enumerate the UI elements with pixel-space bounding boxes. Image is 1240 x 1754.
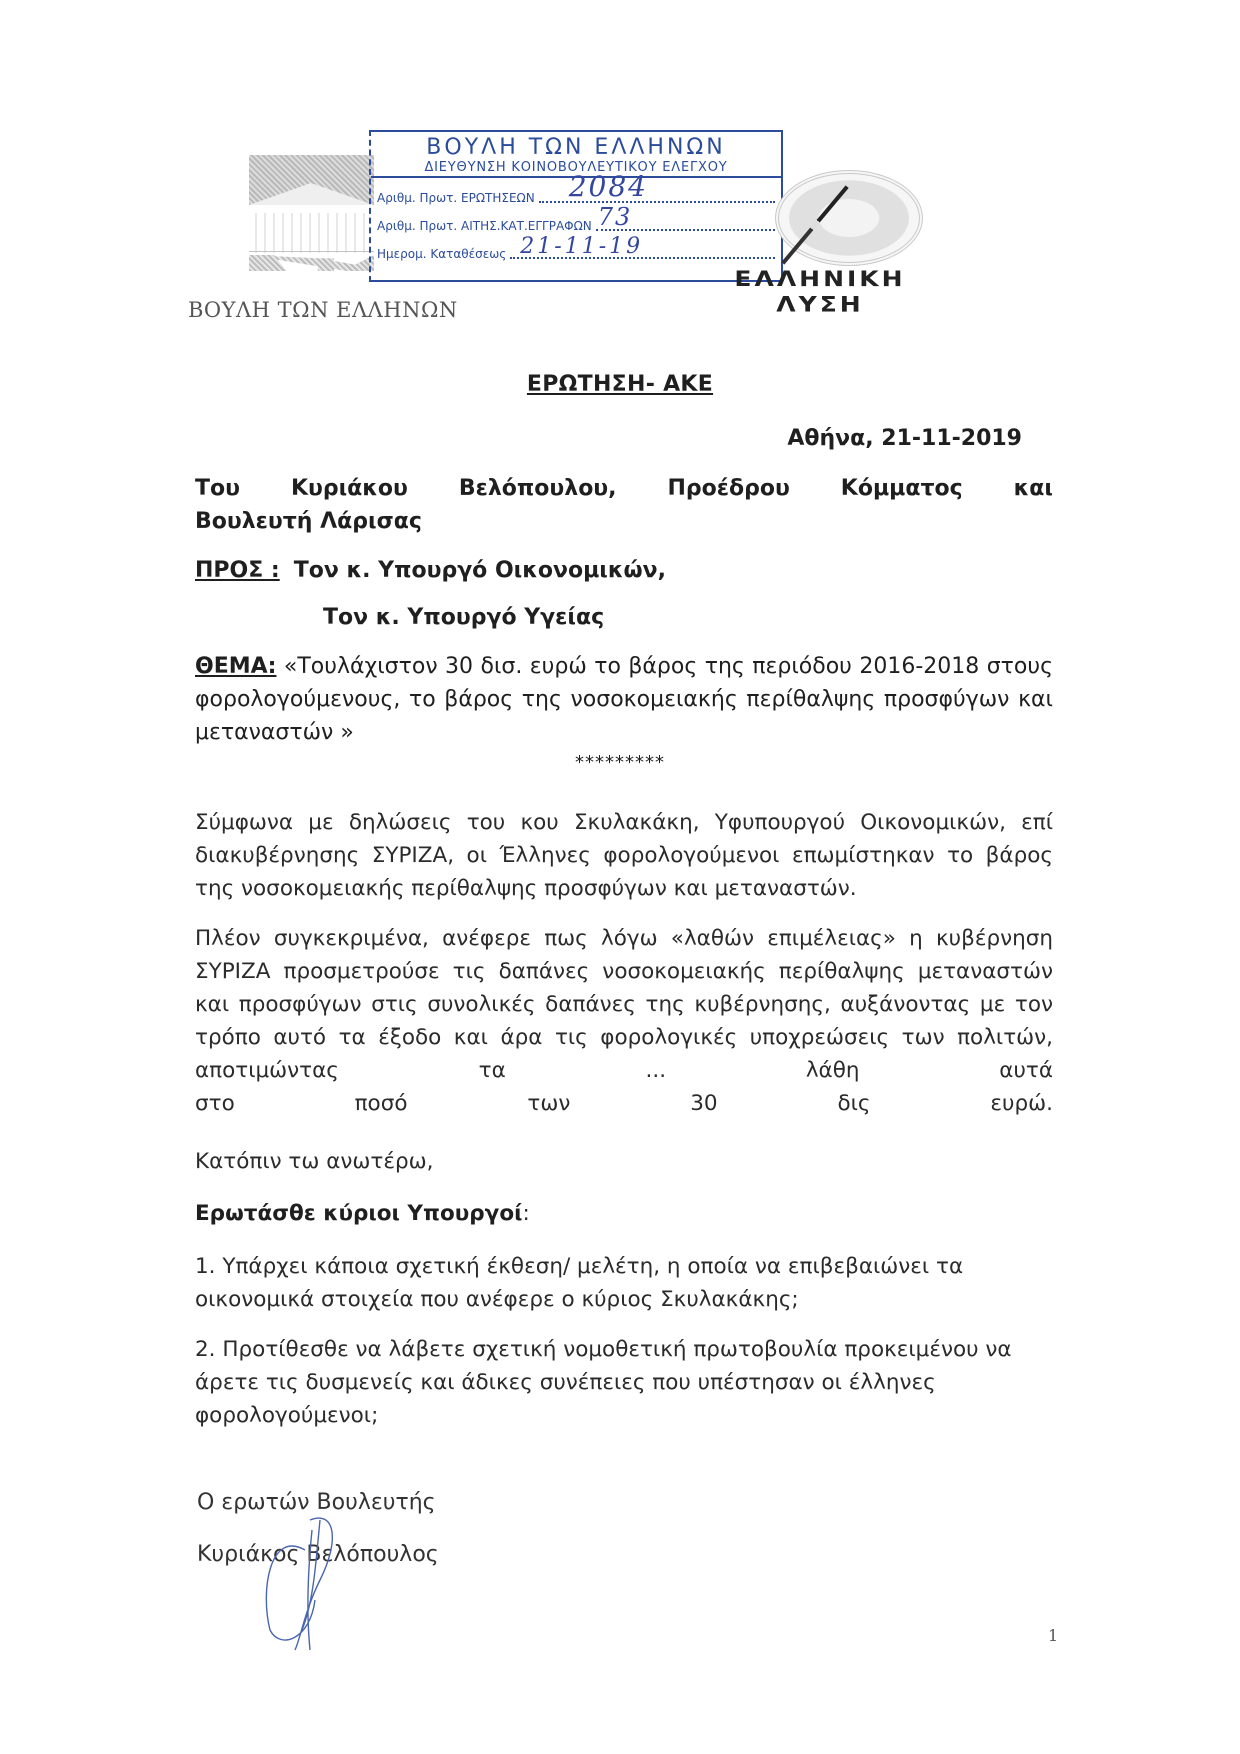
word: δις (837, 1087, 870, 1120)
subject: ΘΕΜΑ: «Τουλάχιστον 30 δισ. ευρώ το βάρος… (195, 650, 1053, 749)
party-name-line-1: ΕΛΛΗΝΙΚΗ (720, 267, 920, 293)
word: ευρώ. (990, 1087, 1053, 1120)
document-title: ΕΡΩΤΗΣΗ- ΑΚΕ (0, 372, 1240, 397)
sender-line-2: Βουλευτή Λάρισας (195, 505, 1053, 538)
word: των (527, 1087, 570, 1120)
word: Βελόπουλου, (459, 472, 617, 505)
subject-label: ΘΕΜΑ: (195, 654, 276, 679)
document-date: Αθήνα, 21-11-2019 (787, 426, 1022, 451)
question-heading-text: Ερωτάσθε κύριοι Υπουργοί (195, 1201, 522, 1226)
stamp-row-label: Αριθμ. Πρωτ. ΕΡΩΤΗΣΕΩΝ (377, 191, 535, 208)
logo-pediment (249, 183, 374, 205)
question-2: 2. Προτίθεσθε να λάβετε σχετική νομοθετι… (195, 1333, 1053, 1432)
word: ποσό (355, 1087, 408, 1120)
handwritten-value: 2084 (569, 170, 648, 203)
separator: ********* (0, 752, 1240, 773)
logo-base-line (249, 251, 374, 252)
paragraph-2: Πλέον συγκεκριμένα, ανέφερε πως λόγω «λα… (195, 922, 1053, 1120)
sender: ΤουΚυριάκουΒελόπουλου,ΠροέδρουΚόμματοςκα… (195, 472, 1053, 538)
word: Κυριάκου (291, 472, 408, 505)
logo-ground-pattern (249, 255, 374, 271)
paragraph-2-last-line: στοποσότων30διςευρώ. (195, 1087, 1053, 1120)
parliament-building-logo (249, 155, 374, 275)
question-heading: Ερωτάσθε κύριοι Υπουργοί: (195, 1197, 1053, 1230)
word: Του (195, 472, 240, 505)
stamp-row-question-number: Αριθμ. Πρωτ. ΕΡΩΤΗΣΕΩΝ 2084 (377, 180, 775, 208)
recipient-finance-minister: Τον κ. Υπουργό Οικονομικών, (294, 558, 666, 583)
word: και (1014, 472, 1053, 505)
recipient-line-1: ΠΡΟΣ :Τον κ. Υπουργό Οικονομικών, (195, 558, 666, 583)
subject-text: «Τουλάχιστον 30 δισ. ευρώ το βάρος της π… (195, 654, 1053, 745)
paragraph-1: Σύμφωνα με δηλώσεις του κου Σκυλακάκη, Υ… (195, 806, 1053, 905)
page-number: 1 (1048, 1626, 1058, 1645)
party-name-line-2: ΛΥΣΗ (720, 292, 920, 318)
word: Προέδρου (667, 472, 789, 505)
word: Κόμματος (841, 472, 963, 505)
question-heading-colon: : (522, 1201, 529, 1226)
registration-stamp: ΒΟΥΛΗ ΤΩΝ ΕΛΛΗΝΩΝ ΔΙΕΥΘΥΝΣΗ ΚΟΙΝΟΒΟΥΛΕΥΤ… (369, 130, 783, 282)
stamp-row-request-number: Αριθμ. Πρωτ. ΑΙΤΗΣ.ΚΑΤ.ΕΓΓΡΑΦΩΝ 73 (377, 208, 775, 236)
logo-columns (255, 213, 368, 253)
handwritten-value: 73 (598, 203, 633, 231)
closing-line: Κατόπιν τω ανωτέρω, (195, 1145, 1053, 1178)
compass-circle-icon (775, 170, 923, 266)
stamp-row-filing-date: Ημερομ. Καταθέσεως 21-11-19 (377, 236, 775, 264)
word: στο (195, 1087, 235, 1120)
word: 30 (690, 1087, 717, 1120)
stamp-row-label: Ημερομ. Καταθέσεως (377, 247, 506, 264)
party-name: ΕΛΛΗΝΙΚΗ ΛΥΣΗ (720, 267, 920, 318)
recipient-label: ΠΡΟΣ : (195, 558, 280, 583)
question-1: 1. Υπάρχει κάποια σχετική έκθεση/ μελέτη… (195, 1250, 1053, 1316)
paragraph-2-body: Πλέον συγκεκριμένα, ανέφερε πως λόγω «λα… (195, 922, 1053, 1087)
handwritten-signature (250, 1510, 370, 1660)
recipient-health-minister: Τον κ. Υπουργό Υγείας (323, 605, 604, 630)
sender-line-1: ΤουΚυριάκουΒελόπουλου,ΠροέδρουΚόμματοςκα… (195, 472, 1053, 505)
parliament-caption: ΒΟΥΛΗ ΤΩΝ ΕΛΛΗΝΩΝ (188, 298, 458, 322)
handwritten-value: 21-11-19 (520, 234, 643, 259)
stamp-title: ΒΟΥΛΗ ΤΩΝ ΕΛΛΗΝΩΝ (371, 136, 781, 160)
